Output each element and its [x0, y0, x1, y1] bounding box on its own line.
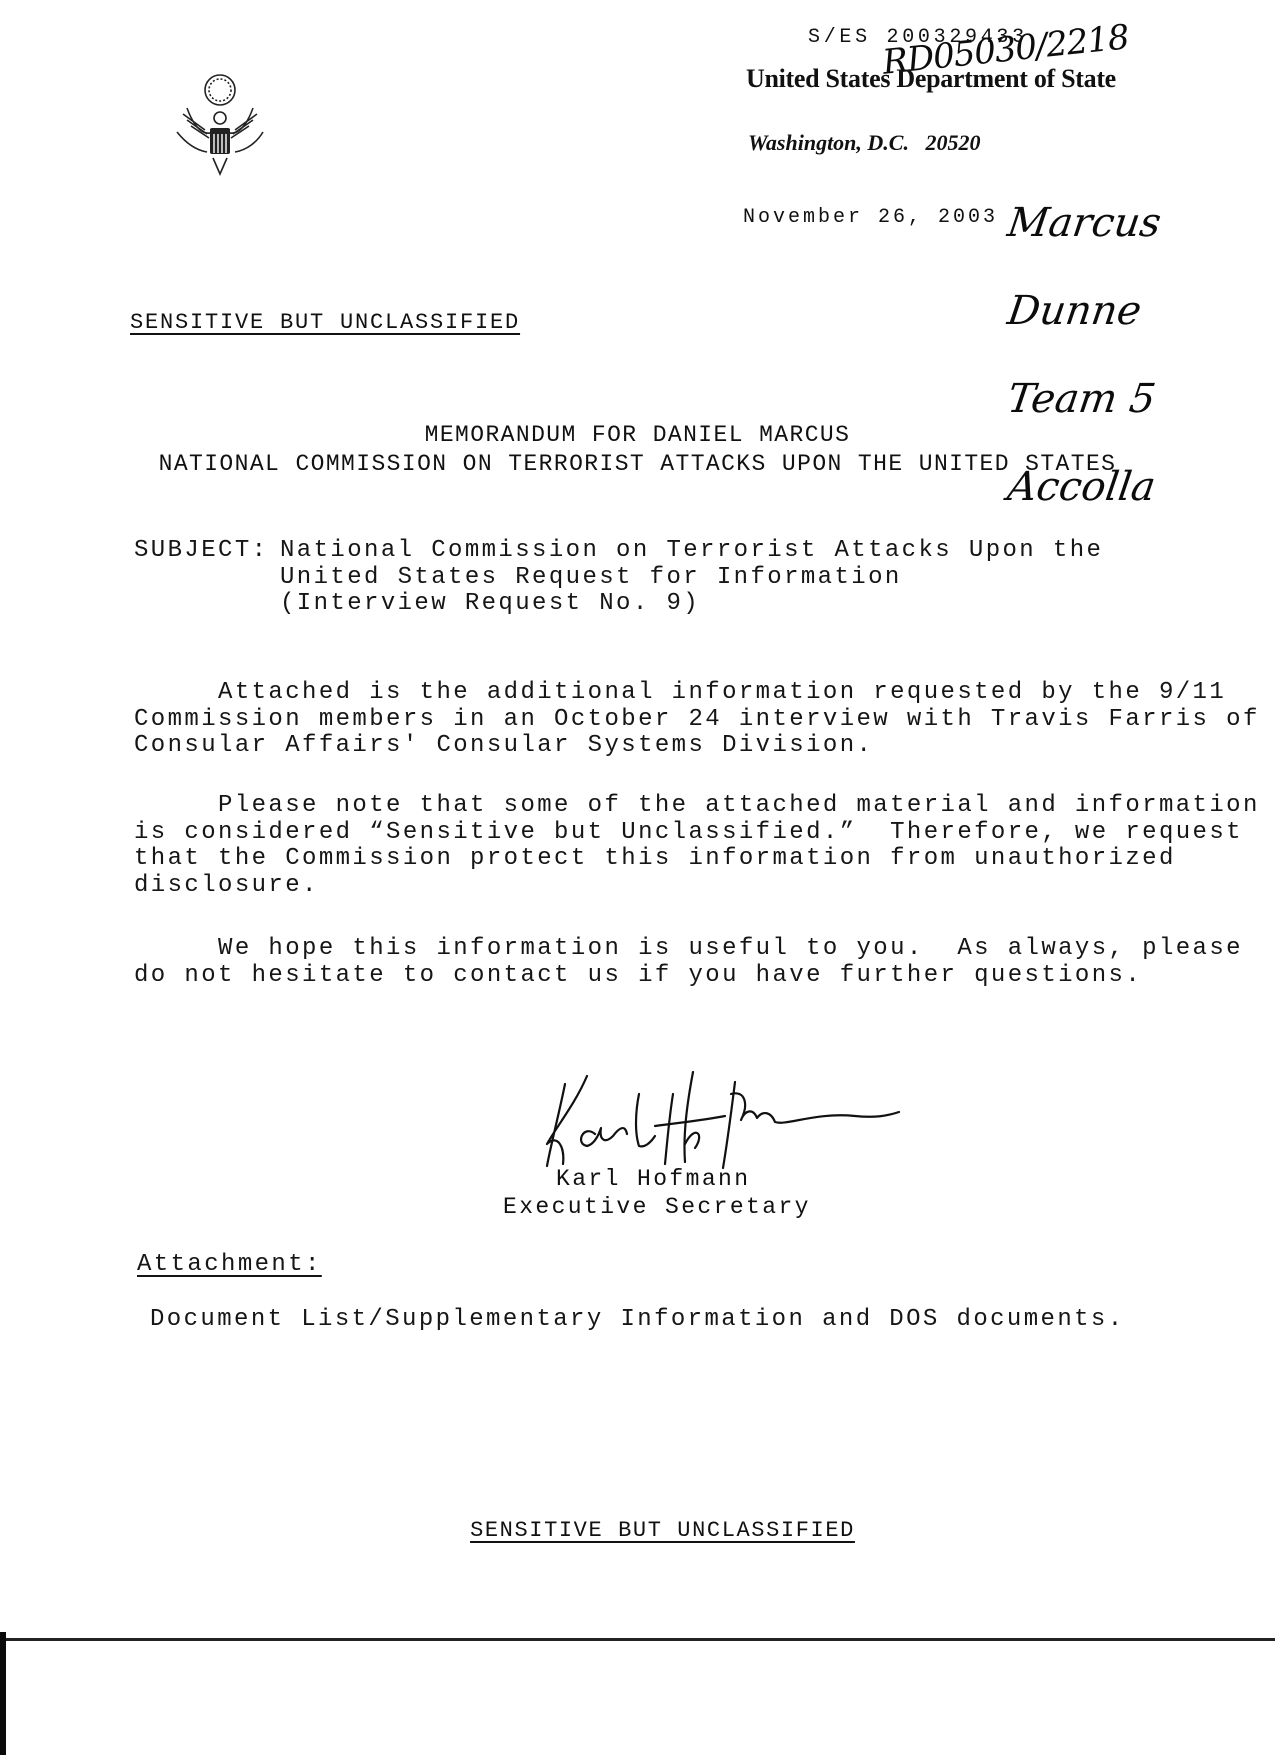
memo-addressee: MEMORANDUM FOR DANIEL MARCUS: [0, 422, 1275, 448]
department-name: United States Department of State: [746, 64, 1116, 94]
body-paragraph: Attached is the additional information r…: [134, 680, 1260, 760]
city-line: Washington, D.C. 20520: [748, 130, 980, 156]
attachment-description: Document List/Supplementary Information …: [150, 1307, 1125, 1334]
body-paragraph: Please note that some of the attached ma…: [134, 793, 1260, 899]
scan-edge-vertical: [0, 1632, 6, 1755]
subject-label: SUBJECT:: [134, 538, 268, 565]
handwritten-note: Dunne: [1004, 286, 1261, 336]
great-seal-icon: [165, 70, 275, 180]
classification-marking-bottom: SENSITIVE BUT UNCLASSIFIED: [0, 1518, 1275, 1543]
attachment-label: Attachment:: [137, 1252, 322, 1279]
scan-edge-horizontal: [0, 1638, 1275, 1641]
handwritten-signature: [535, 1064, 915, 1179]
signer-title: Executive Secretary: [503, 1194, 811, 1220]
memo-organization: NATIONAL COMMISSION ON TERRORIST ATTACKS…: [0, 451, 1275, 477]
handwritten-note: Team 5: [1004, 374, 1261, 424]
handwritten-note: Marcus: [1004, 198, 1261, 248]
classification-marking-top: SENSITIVE BUT UNCLASSIFIED: [130, 310, 520, 335]
signer-name: Karl Hofmann: [556, 1166, 750, 1192]
body-paragraph: We hope this information is useful to yo…: [134, 936, 1243, 989]
memo-date: November 26, 2003: [743, 206, 998, 229]
subject-text: National Commission on Terrorist Attacks…: [280, 538, 1103, 618]
